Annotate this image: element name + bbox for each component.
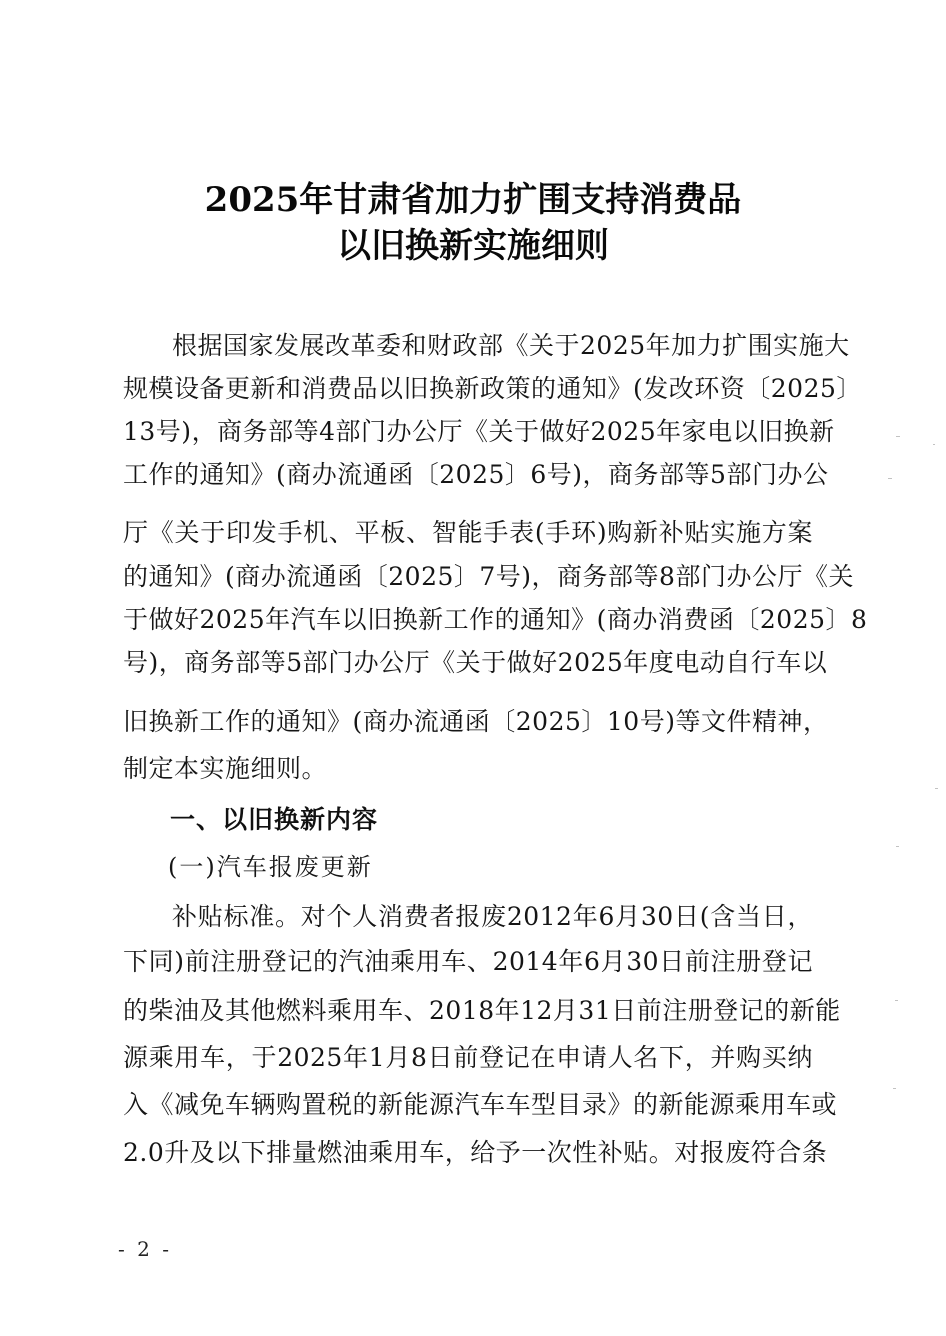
- document-page: 2025年甘肃省加力扩围支持消费品 以旧换新实施细则 根据国家发展改革委和财政部…: [0, 0, 946, 1336]
- document-title-line-1: 2025年甘肃省加力扩围支持消费品: [0, 180, 946, 220]
- subsidy-paragraph-line: 源乘用车，于2025年1月8日前登记在申请人名下，并购买纳: [123, 1042, 813, 1074]
- scan-speck: [896, 436, 900, 437]
- intro-paragraph-line: 规模设备更新和消费品以旧换新政策的通知》(发改环资〔2025〕: [123, 373, 813, 405]
- scan-speck: [935, 788, 938, 789]
- subsidy-paragraph-line: 下同)前注册登记的汽油乘用车、2014年6月30日前注册登记: [123, 946, 813, 978]
- subsidy-paragraph-line: 的柴油及其他燃料乘用车、2018年12月31日前注册登记的新能: [123, 995, 813, 1027]
- page-number: - 2 -: [118, 1237, 172, 1261]
- scan-speck: [888, 478, 892, 479]
- subsection-heading: (一)汽车报废更新: [168, 851, 373, 883]
- intro-paragraph-line: 根据国家发展改革委和财政部《关于2025年加力扩围实施大: [172, 330, 813, 362]
- scan-speck: [895, 1000, 898, 1001]
- intro-paragraph-line: 旧换新工作的通知》(商办流通函〔2025〕10号)等文件精神，: [123, 706, 813, 738]
- subsidy-paragraph-line: 入《减免车辆购置税的新能源汽车车型目录》的新能源乘用车或: [123, 1089, 813, 1121]
- subsidy-paragraph-line: 补贴标准。对个人消费者报废2012年6月30日(含当日，: [172, 901, 813, 933]
- intro-paragraph-line: 13号)，商务部等4部门办公厅《关于做好2025年家电以旧换新: [123, 416, 813, 448]
- section-heading: 一、以旧换新内容: [170, 804, 378, 836]
- document-title-line-2: 以旧换新实施细则: [0, 226, 946, 266]
- intro-paragraph-line: 于做好2025年汽车以旧换新工作的通知》(商办消费函〔2025〕8: [123, 604, 813, 636]
- scan-speck: [893, 1088, 896, 1089]
- intro-paragraph-line: 工作的通知》(商办流通函〔2025〕6号)，商务部等5部门办公: [123, 459, 813, 491]
- intro-paragraph-line: 号)，商务部等5部门办公厅《关于做好2025年度电动自行车以: [123, 647, 813, 679]
- intro-paragraph-line: 厅《关于印发手机、平板、智能手表(手环)购新补贴实施方案: [123, 517, 813, 549]
- intro-paragraph-line: 制定本实施细则。: [123, 753, 813, 785]
- intro-paragraph-line: 的通知》(商办流通函〔2025〕7号)，商务部等8部门办公厅《关: [123, 561, 813, 593]
- scan-speck: [896, 846, 899, 847]
- scan-speck: [933, 444, 935, 445]
- subsidy-paragraph-line: 2.0升及以下排量燃油乘用车，给予一次性补贴。对报废符合条: [123, 1137, 813, 1169]
